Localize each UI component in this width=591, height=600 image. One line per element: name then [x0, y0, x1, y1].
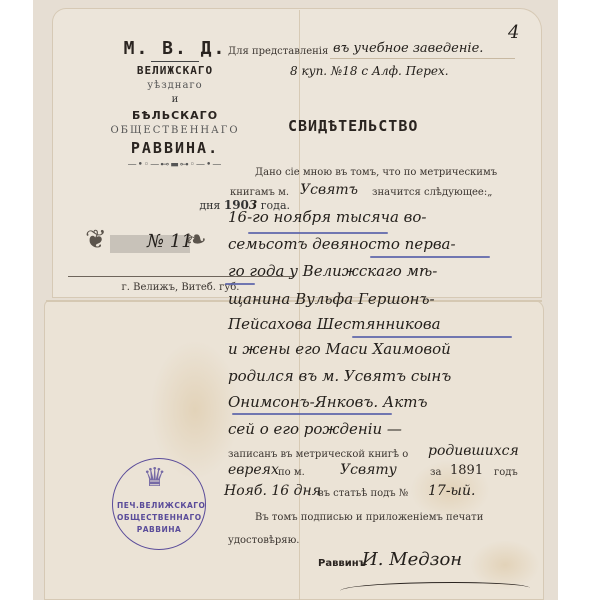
fill-line: [330, 58, 515, 59]
blue-underline: [225, 283, 255, 285]
intro-line-prefix: книгамъ м.: [230, 187, 289, 198]
eagle-emblem-icon: ♛: [143, 463, 166, 493]
archive-mark: 4: [508, 22, 519, 43]
presentation-value-line2: 8 куп. №18 с Алф. Перех.: [290, 64, 449, 78]
record-year: 1891: [450, 463, 483, 478]
handwritten-line: Онимсонъ-Янковъ. Актъ: [228, 393, 427, 411]
rabbi-signature: И. Медзон: [362, 549, 462, 570]
closing-line: удостовѣряю.: [228, 535, 299, 546]
intro-line: Дано сіе мною въ томъ, что по метрически…: [255, 167, 497, 178]
record-register: родившихся: [428, 443, 519, 459]
handwritten-line: родился въ м. Усвятъ сынъ: [228, 367, 451, 385]
record-line-prefix: записанъ въ метрической книгѣ о: [228, 449, 408, 460]
record-article-label: въ статьѣ подъ №: [318, 488, 408, 499]
blue-underline: [370, 256, 490, 258]
letterhead-title: РАВВИНА.: [60, 139, 290, 157]
blue-underline: [232, 413, 392, 415]
signer-title: Раввинъ: [318, 558, 366, 569]
number-vignette: ❦ № 11 ❧: [85, 225, 205, 265]
intro-line-suffix: значится слѣдующее:„: [372, 187, 492, 198]
rabbi-seal-stamp: ♛ ПЕЧ.ВЕЛИЖСКАГО ОБЩЕСТВЕННАГО РАВВИНА: [112, 458, 206, 550]
record-town: Усвяту: [340, 462, 397, 478]
record-date: Нояб. 16 дня: [224, 483, 321, 499]
handwritten-line: Пейсахова Шестянникова: [228, 315, 441, 333]
document-title: СВИДѢТЕЛЬСТВО: [288, 117, 418, 135]
handwritten-line: го года у Велижскаго мѣ-: [228, 262, 437, 280]
day-label: дня: [199, 199, 220, 212]
blue-underline: [352, 336, 512, 338]
signature-flourish: [340, 582, 530, 597]
stamp-text: ОБЩЕСТВЕННАГО: [117, 513, 201, 522]
presentation-value: въ учебное заведеніе.: [333, 41, 483, 56]
record-za-label: за: [430, 467, 441, 478]
handwritten-line: семьсотъ девяносто перва-: [228, 235, 456, 253]
town-name: Усвятъ: [300, 182, 358, 198]
letterhead-line: уѣзднаго: [60, 80, 290, 91]
record-year-suffix: годъ: [494, 467, 518, 478]
closing-line: Въ томъ подписью и приложеніемъ печати: [255, 512, 483, 523]
letterhead-line: ОБЩЕСТВЕННАГО: [60, 125, 290, 136]
letterhead-rule: [151, 61, 199, 62]
handwritten-line: сей о его рожденіи —: [228, 420, 402, 438]
stamp-text: ПЕЧ.ВЕЛИЖСКАГО: [117, 501, 201, 510]
presentation-label: Для представленія: [228, 46, 328, 57]
flourish-icon: ❧: [185, 225, 207, 255]
stamp-text: РАВВИНА: [117, 525, 201, 534]
letterhead: М. В. Д. ВЕЛИЖСКАГО уѣзднаго и БѢЛЬСКАГО…: [60, 38, 290, 170]
flourish-icon: ❦: [85, 225, 107, 255]
handwritten-line: 16-го ноября тысяча во-: [228, 208, 426, 226]
handwritten-line: и жены его Маси Хаимовой: [228, 340, 451, 358]
letterhead-line: ВЕЛИЖСКАГО: [60, 64, 290, 77]
blue-underline: [248, 232, 388, 234]
letterhead-line: БѢЛЬСКАГО: [60, 109, 290, 122]
handwritten-line: щанина Вульфа Гершонъ-: [228, 290, 435, 308]
record-po-label: по м.: [278, 467, 305, 478]
letterhead-line: и: [60, 94, 290, 105]
record-community: евреях: [228, 462, 279, 478]
record-number: 17-ый.: [428, 483, 475, 499]
